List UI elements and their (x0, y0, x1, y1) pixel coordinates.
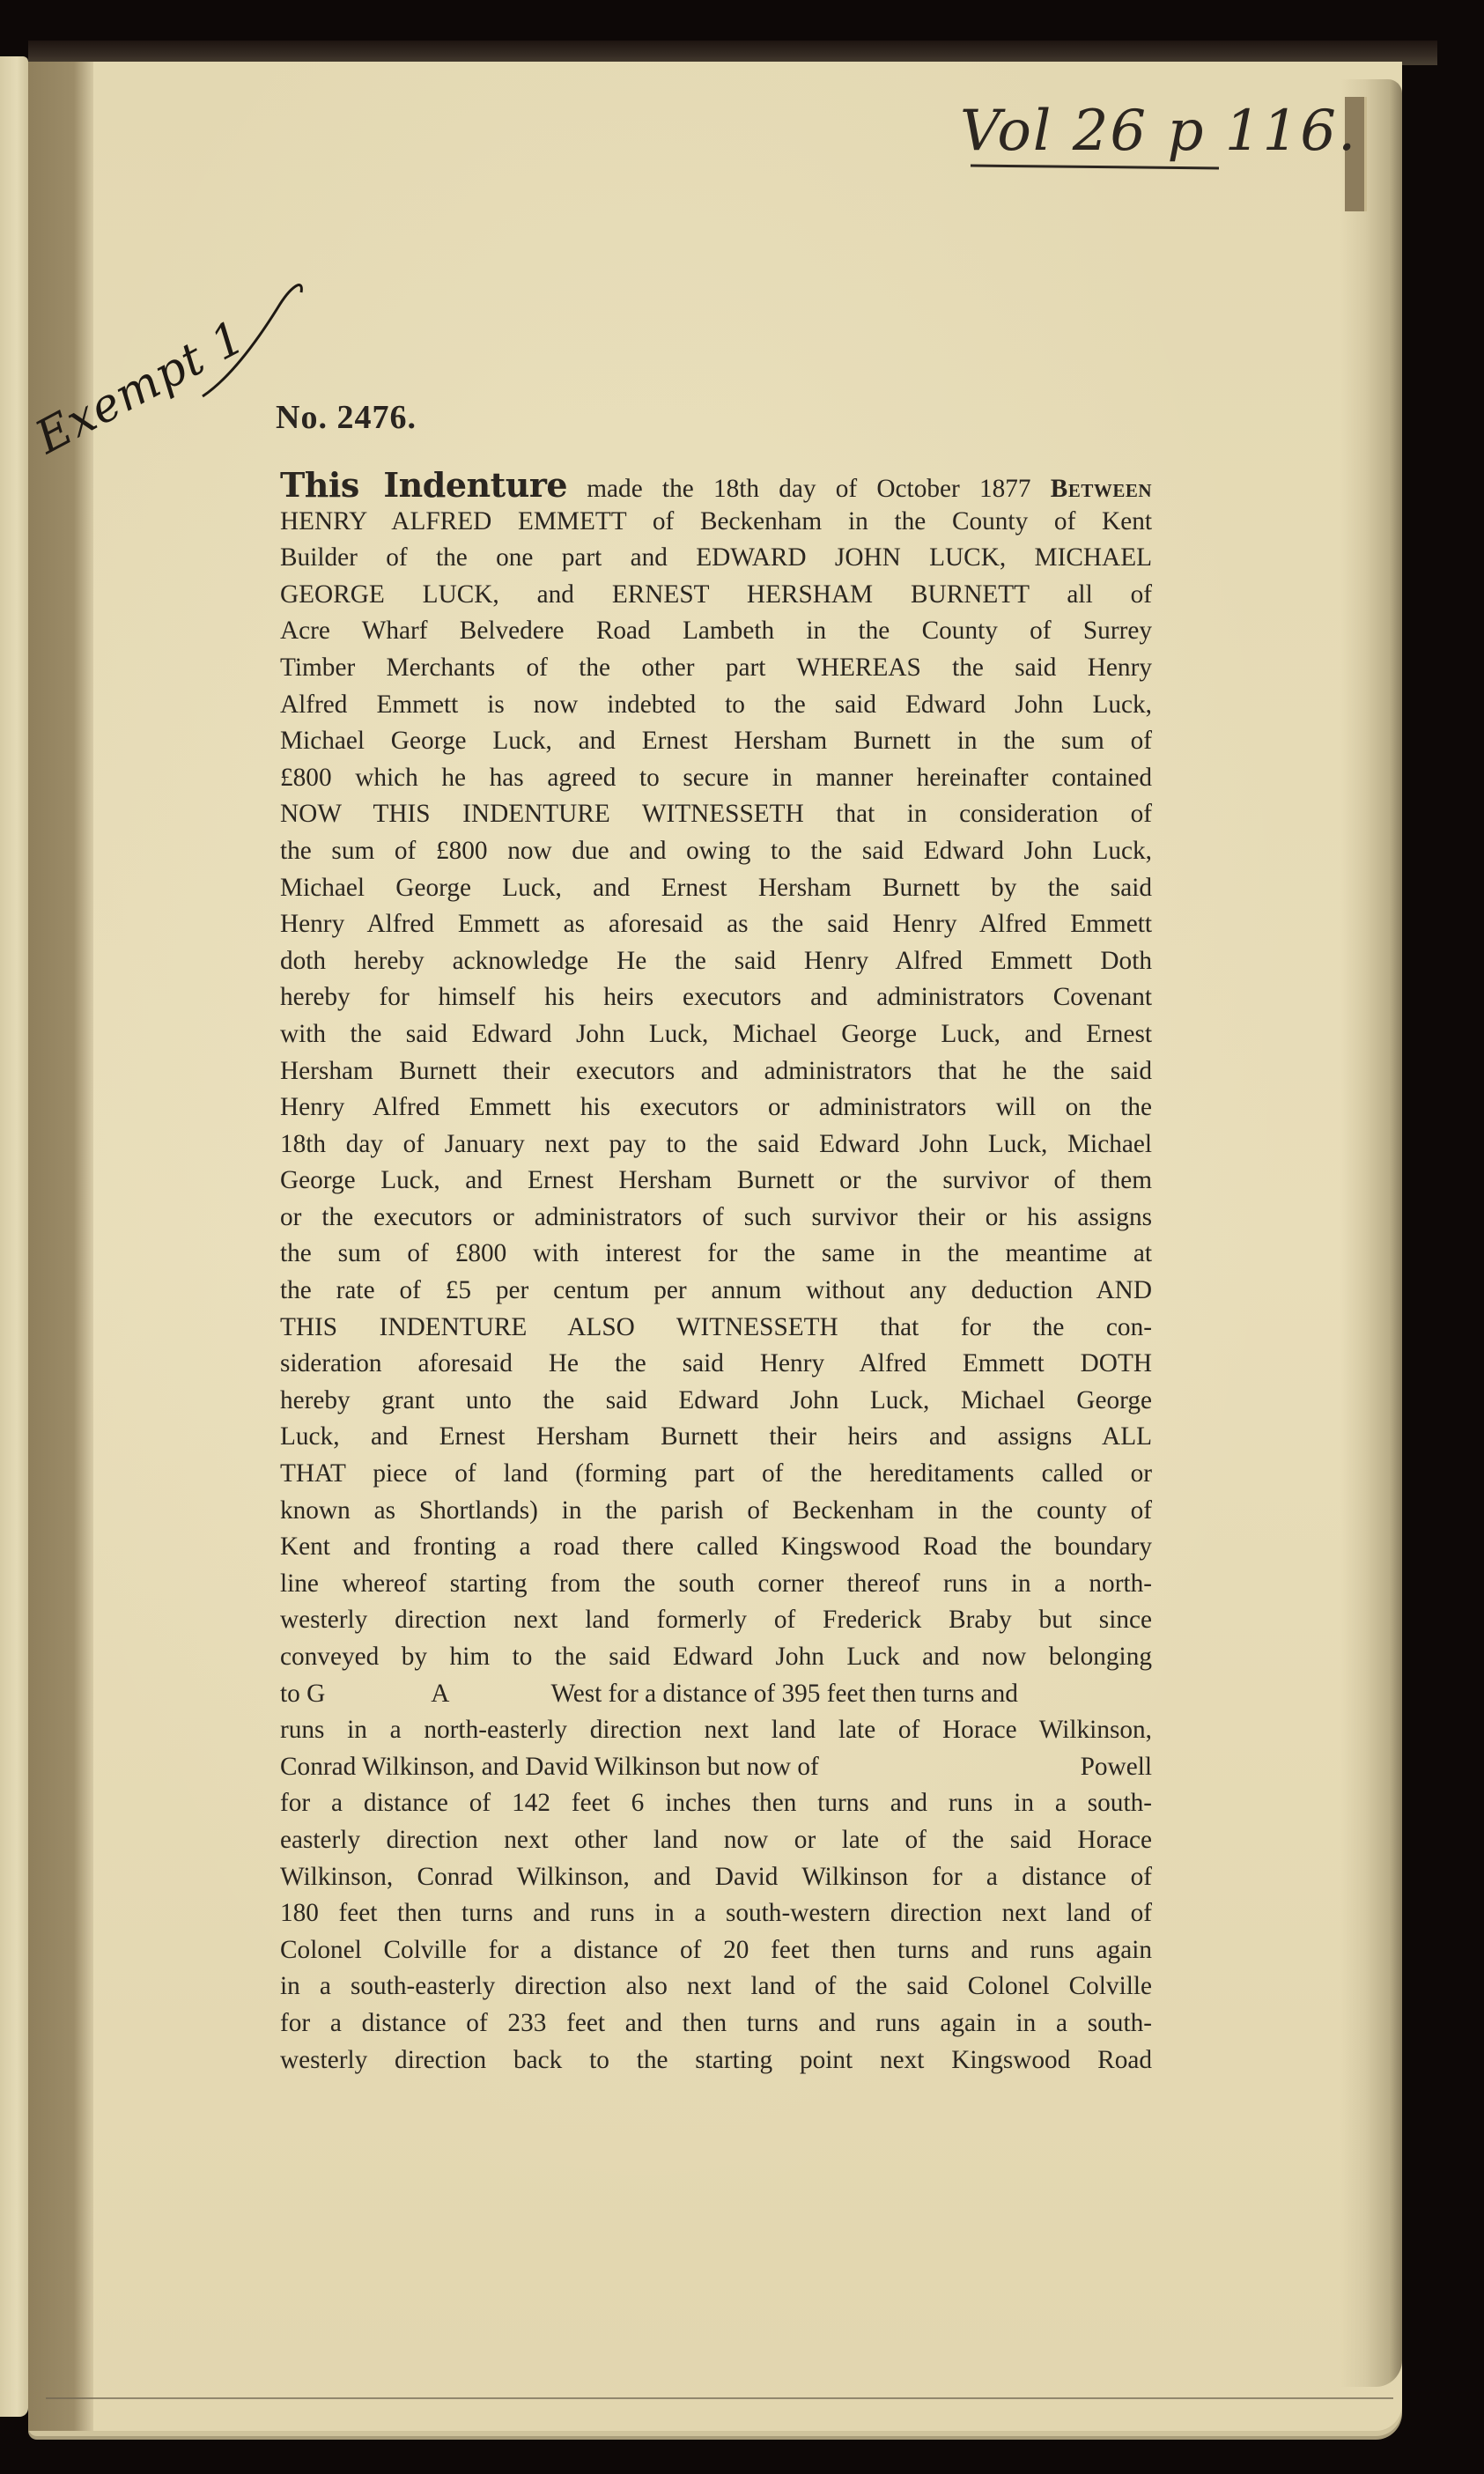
text-line: Michael George Luck, and Ernest Hersham … (280, 723, 1152, 760)
record-number: No. 2476. (276, 398, 417, 437)
between-keyword: Between (1051, 475, 1152, 503)
text-line: GEORGE LUCK, and ERNEST HERSHAM BURNETT … (280, 577, 1152, 614)
text-line: This Indenture made the 18th day of Octo… (280, 467, 1152, 504)
text-line: Luck, and Ernest Hersham Burnett their h… (280, 1419, 1152, 1456)
text-line: 18th day of January next pay to the said… (280, 1126, 1152, 1163)
text-line: Colonel Colville for a distance of 20 fe… (280, 1932, 1152, 1969)
text-line: THAT piece of land (forming part of the … (280, 1456, 1152, 1493)
text-line: £800 which he has agreed to secure in ma… (280, 760, 1152, 797)
page-bottom-edge (46, 2397, 1393, 2399)
text-line: for a distance of 142 feet 6 inches then… (280, 1785, 1152, 1822)
text-line: Acre Wharf Belvedere Road Lambeth in the… (280, 613, 1152, 650)
text-line: westerly direction back to the starting … (280, 2042, 1152, 2079)
text-line: THIS INDENTURE ALSO WITNESSETH that for … (280, 1310, 1152, 1347)
text-line: the sum of £800 now due and owing to the… (280, 833, 1152, 870)
text-line: hereby grant unto the said Edward John L… (280, 1383, 1152, 1420)
text-line-with-gaps: to GAWest for a distance of 395 feet the… (280, 1676, 1152, 1713)
text-line: Wilkinson, Conrad Wilkinson, and David W… (280, 1859, 1152, 1896)
text-line: Kent and fronting a road there called Ki… (280, 1529, 1152, 1566)
text-line: HENRY ALFRED EMMETT of Beckenham in the … (280, 504, 1152, 541)
text-line: Builder of the one part and EDWARD JOHN … (280, 540, 1152, 577)
text-line: NOW THIS INDENTURE WITNESSETH that in co… (280, 796, 1152, 833)
text-line: westerly direction next land formerly of… (280, 1602, 1152, 1639)
text-line: line whereof starting from the south cor… (280, 1566, 1152, 1603)
previous-page-edge (0, 56, 28, 2417)
page-stack-edge (1340, 79, 1402, 2387)
text-line: for a distance of 233 feet and then turn… (280, 2005, 1152, 2042)
text-line: or the executors or administrators of su… (280, 1200, 1152, 1237)
text-line-with-gap: Conrad Wilkinson, and David Wilkinson bu… (280, 1749, 1152, 1786)
text-line: Timber Merchants of the other part WHERE… (280, 650, 1152, 687)
text-line: easterly direction next other land now o… (280, 1822, 1152, 1859)
text-line: hereby for himself his heirs executors a… (280, 979, 1152, 1016)
text-line: in a south-easterly direction also next … (280, 1968, 1152, 2005)
text-line: with the said Edward John Luck, Michael … (280, 1016, 1152, 1053)
text-line: Michael George Luck, and Ernest Hersham … (280, 870, 1152, 907)
text-line: 180 feet then turns and runs in a south-… (280, 1895, 1152, 1932)
text-line: the sum of £800 with interest for the sa… (280, 1236, 1152, 1273)
volume-annotation: Vol 26 p 116. (960, 99, 1357, 164)
text-line: the rate of £5 per centum per annum with… (280, 1273, 1152, 1310)
text-line: Henry Alfred Emmett as aforesaid as the … (280, 906, 1152, 943)
text-line: runs in a north-easterly direction next … (280, 1712, 1152, 1749)
text-line: doth hereby acknowledge He the said Henr… (280, 943, 1152, 980)
text-line: sideration aforesaid He the said Henry A… (280, 1346, 1152, 1383)
text-line: known as Shortlands) in the parish of Be… (280, 1493, 1152, 1530)
text-line: conveyed by him to the said Edward John … (280, 1639, 1152, 1676)
text-line: Hersham Burnett their executors and admi… (280, 1053, 1152, 1090)
opening-words: This Indenture (280, 465, 567, 505)
text-line: George Luck, and Ernest Hersham Burnett … (280, 1163, 1152, 1200)
text-line: Alfred Emmett is now indebted to the sai… (280, 687, 1152, 724)
text-line: Henry Alfred Emmett his executors or adm… (280, 1089, 1152, 1126)
indenture-text: This Indenture made the 18th day of Octo… (280, 467, 1152, 2079)
